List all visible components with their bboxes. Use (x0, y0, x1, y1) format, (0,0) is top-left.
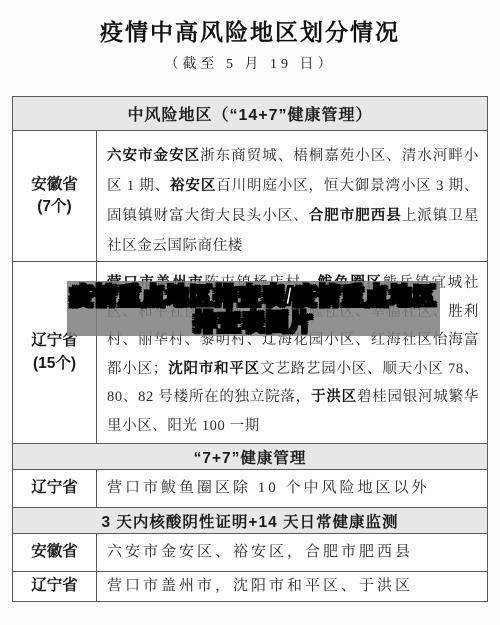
watermark-line2: 排查表图片 (194, 309, 314, 335)
province-name: 安徽省 (31, 174, 78, 196)
areas-cell: 六安市金安区、裕安区，合肥市肥西县 (97, 534, 487, 571)
table-row-anhui-mid-risk: 安徽省 (7个) 六安市金安区浙东商贸城、梧桐嘉苑小区、清水河畔小区 1 期、裕… (13, 130, 487, 261)
province-cell-liaoning: 辽宁省 (13, 470, 97, 507)
mid-risk-section-header-label: 中风险地区（“14+7”健康管理） (127, 102, 372, 125)
seven-seven-section-header: “7+7”健康管理 (13, 443, 487, 469)
table-row-liaoning-nucleic: 辽宁省 营口市盖州市，沈阳市和平区、于洪区 (13, 571, 487, 601)
areas-cell: 营口市鲅鱼圈区除 10 个中风险地区以外 (97, 470, 487, 507)
table-row-liaoning-seven-seven: 辽宁省 营口市鲅鱼圈区除 10 个中风险地区以外 (13, 469, 487, 507)
province-cell-liaoning: 辽宁省 (13, 572, 97, 601)
province-count: (15个) (33, 353, 76, 375)
watermark-overlay: 疫情重点地区排查表/疫情重点地区 排查表图片 (67, 281, 440, 336)
nucleic-section-header-label: 3 天内核酸阴性证明+14 天日常健康监测 (101, 510, 398, 532)
page-title: 疫情中高风险地区划分情况 (0, 14, 500, 47)
areas-cell: 营口市盖州市，沈阳市和平区、于洪区 (97, 572, 487, 601)
watermark-line1: 疫情重点地区排查表/疫情重点地区 (70, 283, 437, 309)
table-row-anhui-nucleic: 安徽省 六安市金安区、裕安区，合肥市肥西县 (13, 533, 487, 571)
page-subtitle-date: （截至 5 月 19 日） (0, 53, 500, 73)
mid-risk-section-header: 中风险地区（“14+7”健康管理） (13, 97, 487, 130)
risk-area-table: 中风险地区（“14+7”健康管理） 安徽省 (7个) 六安市金安区浙东商贸城、梧… (12, 96, 488, 602)
seven-seven-section-header-label: “7+7”健康管理 (194, 446, 307, 468)
province-name: 辽宁省 (31, 575, 78, 597)
province-name: 辽宁省 (31, 477, 78, 499)
province-count: (7个) (37, 196, 71, 218)
province-cell-anhui: 安徽省 (7个) (13, 131, 97, 261)
nucleic-section-header: 3 天内核酸阴性证明+14 天日常健康监测 (13, 507, 487, 533)
province-cell-anhui: 安徽省 (13, 534, 97, 571)
epidemic-risk-area-document: { "page": { "title": "疫情中高风险地区划分情况", "su… (0, 0, 500, 625)
province-name: 安徽省 (31, 541, 78, 563)
areas-cell-anhui: 六安市金安区浙东商贸城、梧桐嘉苑小区、清水河畔小区 1 期、裕安区百川明庭小区，… (97, 131, 487, 261)
